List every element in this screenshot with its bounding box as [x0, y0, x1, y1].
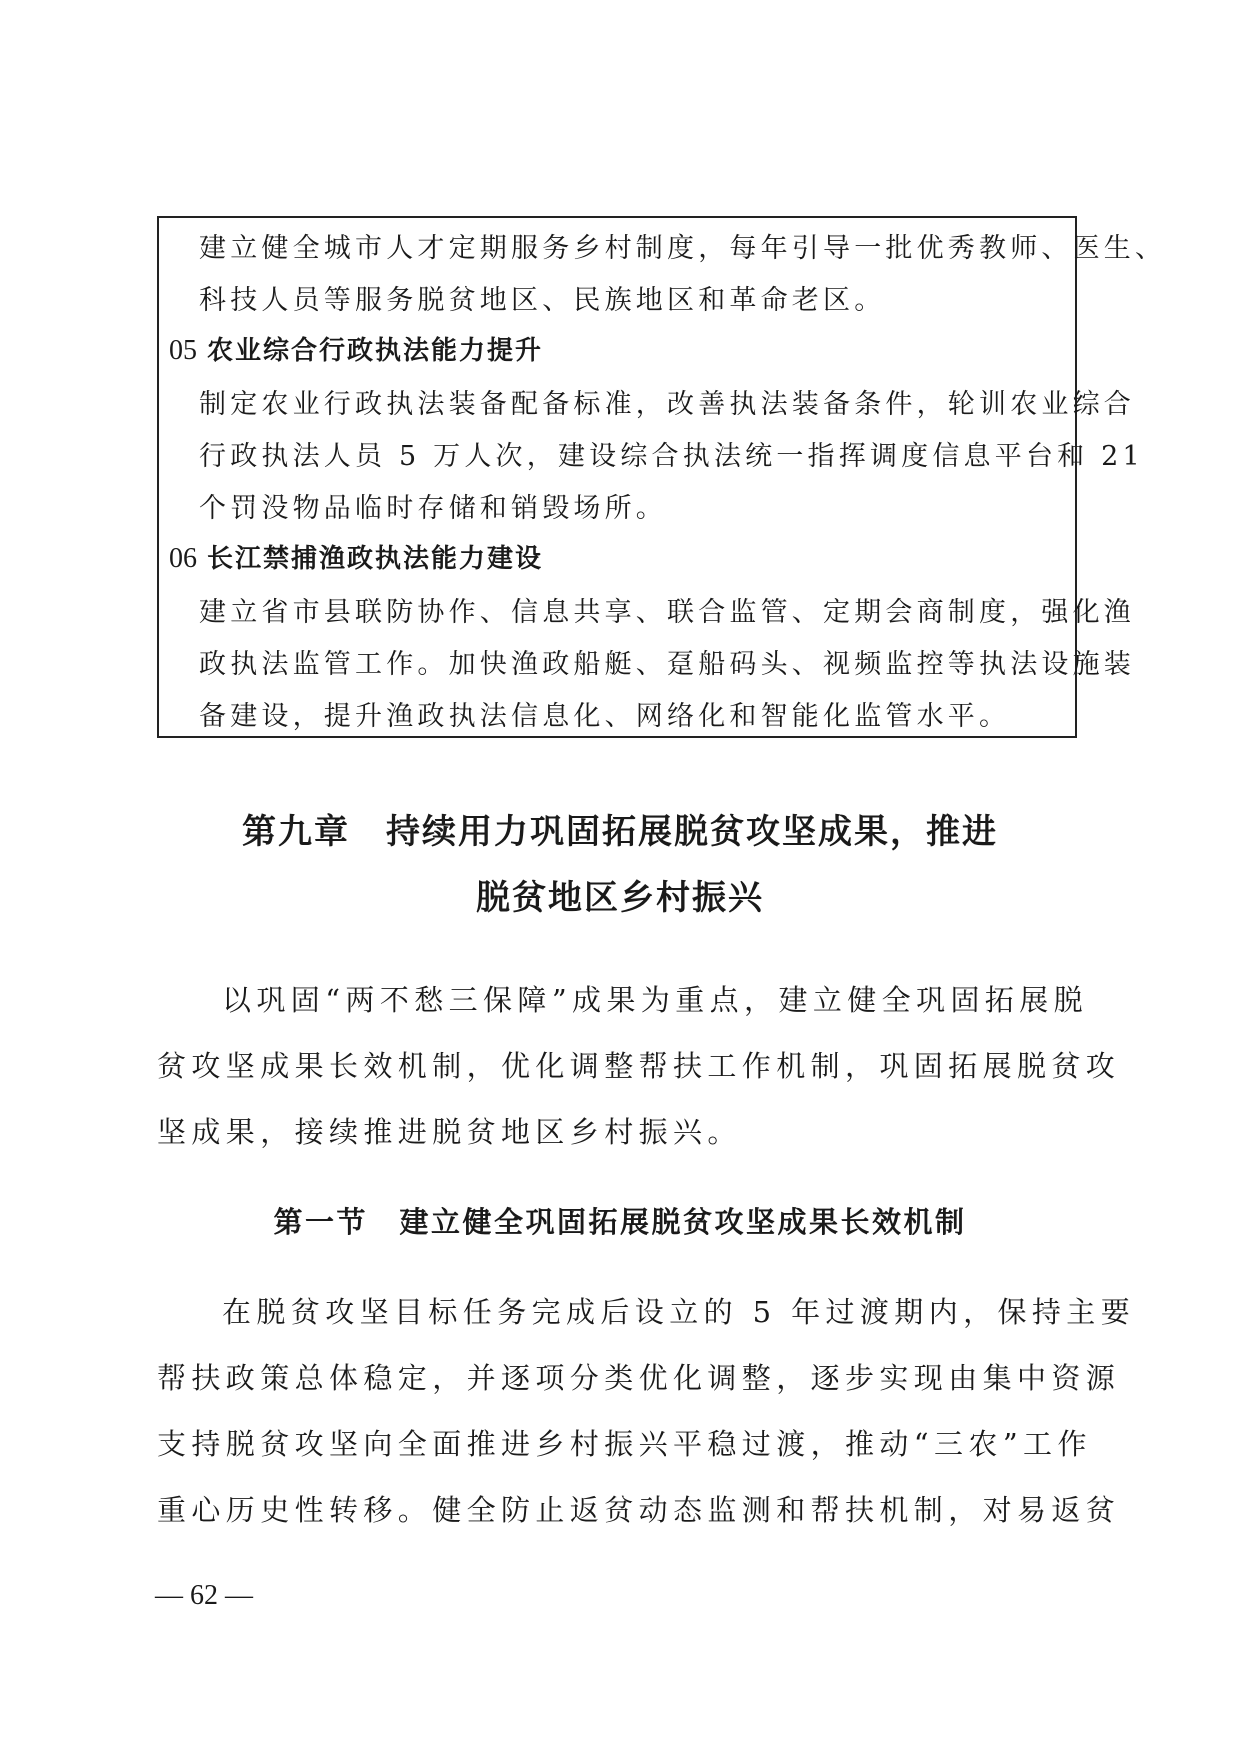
intro-paragraph-line: 坚成果，接续推进脱贫地区乡村振兴。: [157, 1110, 742, 1151]
section-paragraph-line: 重心历史性转移。健全防止返贫动态监测和帮扶机制，对易返贫: [157, 1488, 1120, 1529]
chapter-title-line-1: 第九章 持续用力巩固拓展脱贫攻坚成果，推进: [0, 804, 1240, 853]
section-title: 第一节 建立健全巩固拓展脱贫攻坚成果长效机制: [0, 1200, 1240, 1241]
box-item-title-text: 农业综合行政执法能力提升: [207, 336, 543, 366]
box-item-title: 06长江禁捕渔政执法能力建设: [169, 538, 543, 575]
box-item-line: 行政执法人员 5 万人次，建设综合执法统一指挥调度信息平台和 21: [199, 434, 1144, 473]
box-intro-line: 科技人员等服务脱贫地区、民族地区和革命老区。: [199, 278, 885, 317]
section-paragraph-line: 在脱贫攻坚目标任务完成后设立的 5 年过渡期内，保持主要: [222, 1290, 1135, 1331]
box-item-title-text: 长江禁捕渔政执法能力建设: [207, 544, 543, 574]
intro-paragraph-line: 贫攻坚成果长效机制，优化调整帮扶工作机制，巩固拓展脱贫攻: [157, 1044, 1120, 1085]
box-item-line: 政执法监管工作。加快渔政船艇、趸船码头、视频监控等执法设施装: [199, 642, 1135, 681]
box-item-line: 制定农业行政执法装备配备标准，改善执法装备条件，轮训农业综合: [199, 382, 1135, 421]
box-item-title: 05农业综合行政执法能力提升: [169, 330, 543, 367]
box-item-number: 06: [169, 543, 197, 574]
intro-paragraph-line: 以巩固“两不愁三保障”成果为重点，建立健全巩固拓展脱: [222, 978, 1088, 1019]
page-number: — 62 —: [155, 1580, 253, 1612]
document-page: 建立健全城市人才定期服务乡村制度，每年引导一批优秀教师、医生、 科技人员等服务脱…: [0, 0, 1240, 1754]
section-paragraph-line: 帮扶政策总体稳定，并逐项分类优化调整，逐步实现由集中资源: [157, 1356, 1120, 1397]
box-intro-line: 建立健全城市人才定期服务乡村制度，每年引导一批优秀教师、医生、: [199, 226, 1166, 265]
box-item-line: 建立省市县联防协作、信息共享、联合监管、定期会商制度，强化渔: [199, 590, 1135, 629]
box-item-line: 备建设，提升渔政执法信息化、网络化和智能化监管水平。: [199, 694, 1010, 733]
project-box: 建立健全城市人才定期服务乡村制度，每年引导一批优秀教师、医生、 科技人员等服务脱…: [157, 216, 1077, 738]
box-item-line: 个罚没物品临时存储和销毁场所。: [199, 486, 667, 525]
chapter-title-line-2: 脱贫地区乡村振兴: [0, 870, 1240, 919]
section-paragraph-line: 支持脱贫攻坚向全面推进乡村振兴平稳过渡，推动“三农”工作: [157, 1422, 1092, 1463]
box-item-number: 05: [169, 335, 197, 366]
